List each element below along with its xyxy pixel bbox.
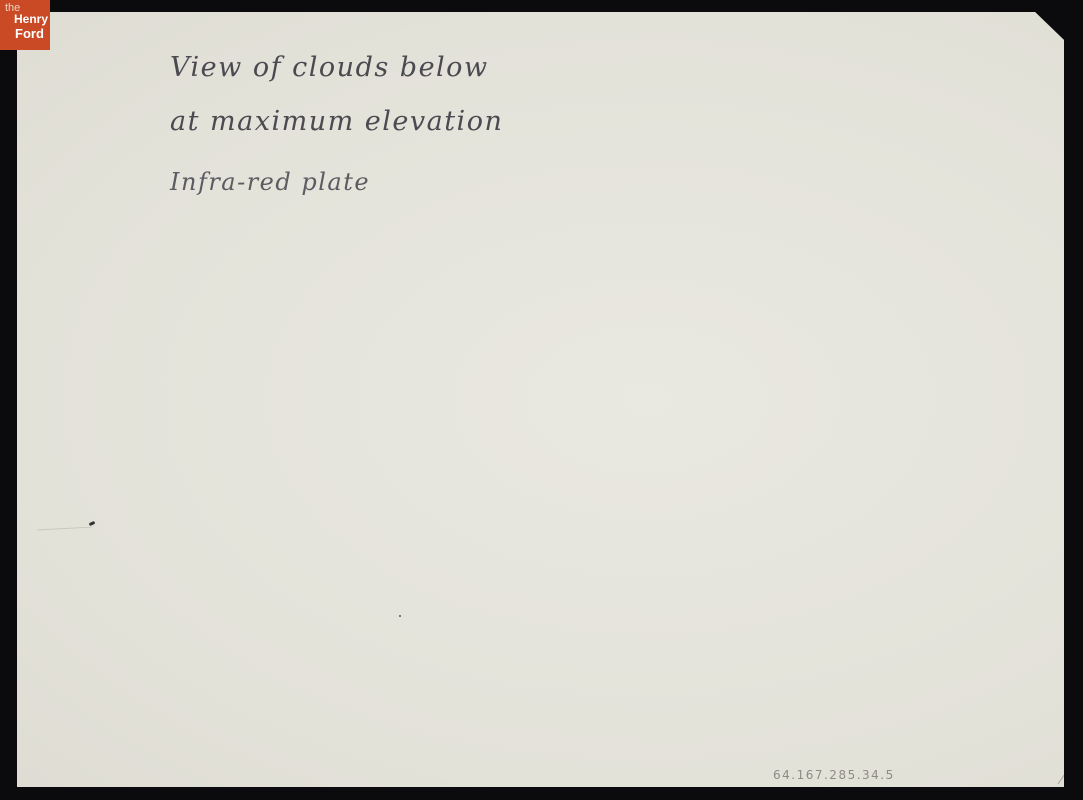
paper-speck: [399, 615, 401, 617]
ink-mark: [89, 521, 96, 526]
paper-crease-mark: [37, 527, 92, 533]
pencil-stroke-mark: [1058, 761, 1075, 785]
the-henry-ford-logo: the Henry Ford: [0, 0, 50, 50]
catalog-number: 64.167.285.34.5: [773, 768, 895, 782]
logo-text-henry: Henry: [14, 13, 48, 25]
inscription-line-2: at maximum elevation: [170, 106, 503, 137]
inscription-line-1: View of clouds below: [170, 52, 489, 83]
inscription-line-3: Infra-red plate: [170, 168, 370, 196]
logo-text-ford: Ford: [15, 27, 44, 40]
